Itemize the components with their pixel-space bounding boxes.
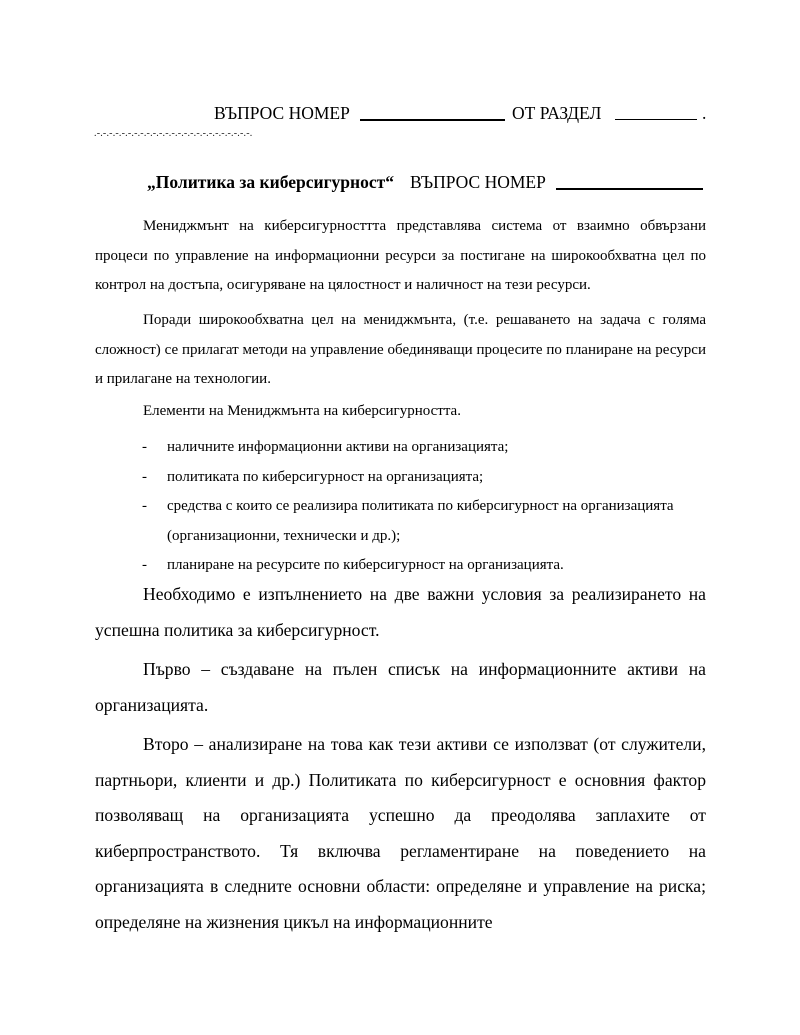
paragraph-first-condition: Първо – създаване на пълен списък на инф… bbox=[95, 652, 706, 723]
question-number-blank[interactable] bbox=[360, 119, 505, 121]
section-blank[interactable] bbox=[615, 119, 697, 120]
dash-bullet-icon: - bbox=[142, 492, 147, 522]
document-page: ВЪПРОС НОМЕР ОТ РАЗДЕЛ . .-.-.-.-.-.-.-.… bbox=[0, 0, 800, 1035]
topic-title: „Политика за киберсигурност“ bbox=[147, 169, 394, 195]
list-item: - средства с които се реализира политика… bbox=[95, 492, 706, 551]
dash-bullet-icon: - bbox=[142, 433, 147, 463]
paragraph-two-conditions: Необходимо е изпълнението на две важни у… bbox=[95, 577, 706, 648]
paragraph-management-methods: Поради широкообхватна цел на мениджмънта… bbox=[95, 306, 706, 395]
list-item-text: политиката по киберсигурност на организа… bbox=[167, 469, 483, 485]
list-item: - политиката по киберсигурност на органи… bbox=[95, 463, 706, 493]
paragraph-second-condition: Второ – анализиране на това как тези акт… bbox=[95, 727, 706, 941]
dash-separator: .-.-.-.-.-.-.-.-.-.-.-.-.-.-.-.-.-.-.-.-… bbox=[94, 127, 252, 141]
title-question-number-blank[interactable] bbox=[556, 188, 703, 190]
elements-list: - наличните информационни активи на орга… bbox=[95, 433, 706, 581]
header-end-mark: . bbox=[702, 100, 706, 126]
title-question-label: ВЪПРОС НОМЕР bbox=[410, 169, 546, 195]
list-heading: Елементи на Мениджмънта на киберсигурнос… bbox=[95, 397, 706, 427]
list-item: - наличните информационни активи на орга… bbox=[95, 433, 706, 463]
header-question-label: ВЪПРОС НОМЕР bbox=[214, 100, 350, 126]
list-item-text: наличните информационни активи на органи… bbox=[167, 439, 508, 455]
dash-bullet-icon: - bbox=[142, 463, 147, 493]
header-section-label: ОТ РАЗДЕЛ bbox=[512, 100, 601, 126]
paragraph-management-definition: Мениджмънт на киберсигурносттта представ… bbox=[95, 212, 706, 301]
list-item-text: средства с които се реализира политиката… bbox=[167, 498, 674, 544]
list-item-text: планиране на ресурсите по киберсигурност… bbox=[167, 557, 564, 573]
